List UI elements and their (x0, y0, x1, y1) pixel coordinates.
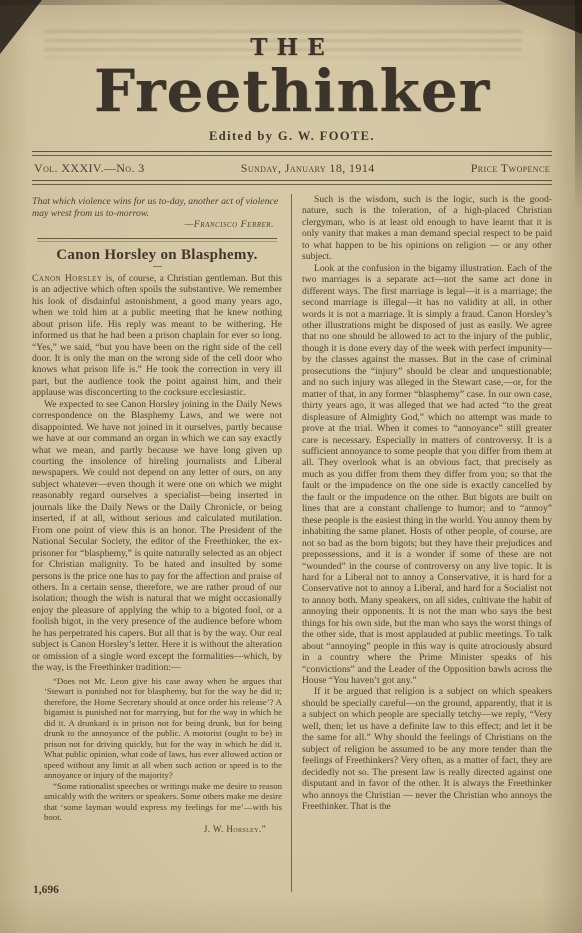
masthead-editor-line: Edited by G. W. FOOTE. (32, 129, 552, 144)
quoted-letter: “Does not Mr. Leon give his case away wh… (44, 676, 282, 834)
quote-paragraph: “Some rationalist speeches or writings m… (44, 781, 282, 823)
article-columns: That which violence wins for us to-day, … (32, 194, 552, 892)
newspaper-page: THE Freethinker Edited by G. W. FOOTE. V… (0, 0, 582, 933)
article-paragraph: Look at the confusion in the bigamy illu… (302, 263, 552, 687)
issue-whole-number: 1,696 (33, 884, 59, 896)
scan-corner-artifact-right (498, 0, 582, 34)
double-rule-top (32, 151, 552, 156)
left-column: That which violence wins for us to-day, … (32, 194, 292, 892)
epigraph-attribution: —Francisco Ferrer. (32, 219, 282, 231)
article-title: Canon Horsley on Blasphemy. (32, 247, 282, 264)
title-ornament (153, 266, 162, 267)
article-lead-in: Canon Horsley (32, 273, 103, 284)
scan-edge-right-artifact (575, 0, 582, 210)
separator-rule (37, 238, 277, 242)
article-paragraph: If it be argued that religion is a subje… (302, 686, 552, 812)
double-rule-bottom (32, 180, 552, 185)
scan-edge-top-artifact (0, 0, 582, 5)
masthead: THE Freethinker Edited by G. W. FOOTE. (32, 34, 552, 144)
article-paragraph: We expected to see Canon Horsley joining… (32, 399, 282, 674)
paragraph-text: is, of course, a Christian gentleman. Bu… (32, 273, 282, 399)
epigraph-text: That which violence wins for us to-day, … (32, 196, 278, 219)
quote-paragraph: “Does not Mr. Leon give his case away wh… (44, 676, 282, 781)
epigraph: That which violence wins for us to-day, … (32, 194, 282, 231)
article-paragraph: Such is the wisdom, such is the logic, s… (302, 194, 552, 263)
article-paragraph: Canon Horsley is, of course, a Christian… (32, 273, 282, 399)
issue-price: Price Twopence (471, 161, 550, 176)
letter-signature: J. W. Horsley.” (44, 824, 282, 834)
masthead-title: Freethinker (32, 62, 552, 120)
issue-line: Vol. XXXIV.—No. 3 Sunday, January 18, 19… (32, 157, 552, 179)
volume-number: Vol. XXXIV.—No. 3 (34, 161, 145, 176)
right-column: Such is the wisdom, such is the logic, s… (292, 194, 552, 892)
issue-date: Sunday, January 18, 1914 (145, 161, 471, 176)
